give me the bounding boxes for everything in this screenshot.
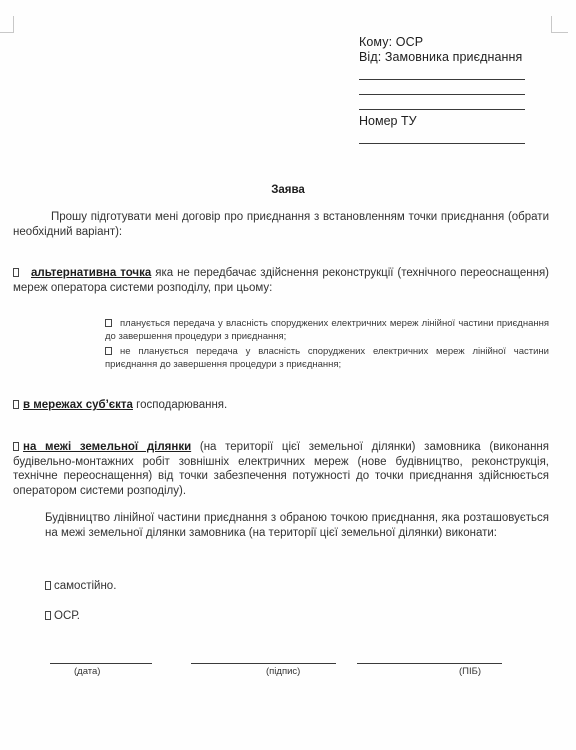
option-alternative-title: альтернативна точка xyxy=(31,267,151,279)
option-border-title: на межі земельної ділянки xyxy=(23,441,191,453)
full-name-field-line[interactable] xyxy=(357,663,502,664)
addressee-block: Кому: ОСР Від: Замовника приєднання Номе… xyxy=(359,35,529,144)
checkbox-icon[interactable] xyxy=(13,442,19,451)
option-entity-network: в мережах суб’єкта господарювання. xyxy=(13,398,549,413)
checkbox-icon[interactable] xyxy=(13,268,19,277)
alternative-sub-options: планується передача у власність спорудже… xyxy=(105,318,549,374)
from-blank-line-3[interactable] xyxy=(359,95,525,110)
intro-paragraph: Прошу підготувати мені договір про приєд… xyxy=(13,210,549,239)
option-network-title: в мережах суб’єкта xyxy=(23,399,133,411)
sub-option-transfer-planned: планується передача у власність спорудже… xyxy=(105,318,549,343)
sub-option-text: не планується передача у власність спору… xyxy=(105,346,549,370)
addressee-from: Від: Замовника приєднання xyxy=(359,50,529,65)
document-title: Заява xyxy=(0,184,576,196)
page-corner-mark-left xyxy=(0,16,14,33)
tu-number-label: Номер ТУ xyxy=(359,114,529,129)
construction-paragraph: Будівництво лінійної частини приєднання … xyxy=(45,511,549,540)
sub-option-text: планується передача у власність спорудже… xyxy=(105,318,549,342)
signature-field-line[interactable] xyxy=(191,663,336,664)
checkbox-icon[interactable] xyxy=(45,581,51,590)
option-land-border: на межі земельної ділянки (на території … xyxy=(13,440,549,498)
choice-self: самостійно. xyxy=(45,580,116,592)
checkbox-icon[interactable] xyxy=(105,347,112,355)
signature-label: (підпис) xyxy=(266,666,300,677)
option-alternative-point: альтернативна точка яка не передбачає зд… xyxy=(13,266,549,295)
date-field-line[interactable] xyxy=(50,663,152,664)
date-label: (дата) xyxy=(74,666,100,677)
tu-number-blank-line[interactable] xyxy=(359,129,525,144)
checkbox-icon[interactable] xyxy=(45,611,51,620)
choice-osr: ОСР. xyxy=(45,610,80,622)
addressee-to: Кому: ОСР xyxy=(359,35,529,50)
checkbox-icon[interactable] xyxy=(105,319,112,327)
from-blank-line-2[interactable] xyxy=(359,80,525,95)
choice-osr-label: ОСР. xyxy=(54,610,80,622)
choice-self-label: самостійно. xyxy=(54,580,116,592)
full-name-label: (ПІБ) xyxy=(459,666,481,677)
from-blank-line-1[interactable] xyxy=(359,65,525,80)
checkbox-icon[interactable] xyxy=(13,400,19,409)
page-corner-mark-right xyxy=(551,16,568,33)
option-network-text: господарювання. xyxy=(133,399,227,411)
sub-option-transfer-not-planned: не планується передача у власність спору… xyxy=(105,346,549,371)
